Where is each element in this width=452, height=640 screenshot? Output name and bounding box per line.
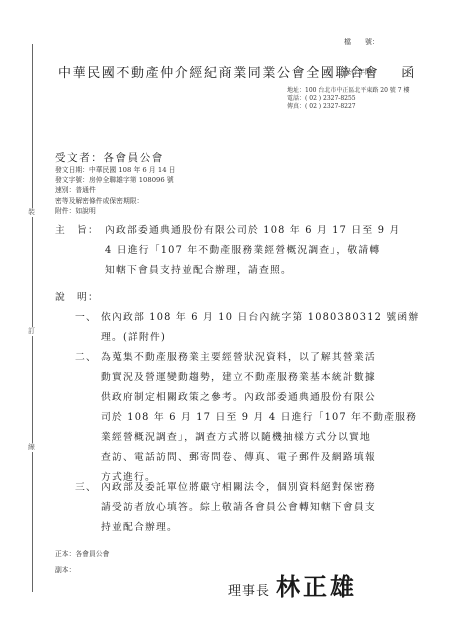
fax: 傳真：( 02 ) 2327-8227 (287, 103, 409, 111)
document-info: 發文日期：中華民國 108 年 6 月 14 日 發文字號：房仲全聯雄字第 10… (55, 165, 175, 216)
binding-mark-ding: 訂 (28, 327, 35, 336)
item-line: 供政府制定相關政策之參考。內政部委通典通股份有限公 (101, 388, 417, 408)
item-line: 司於 108 年 6 月 17 日至 9 月 4 日進行「107 年不動產服務 (101, 408, 417, 428)
contact-block: 地址：100 台北市中正區北平東路 20 號 7 樓 電話：( 02 ) 232… (287, 87, 409, 111)
item-line: 依內政部 108 年 6 月 10 日台內統字第 1080380312 號函辦 (101, 308, 419, 328)
explanation-label: 說 明： (55, 288, 99, 308)
copy-recipients: 副本： (55, 562, 109, 578)
subject-line: 4 日進行「107 年不動產服務業經營概況調查」，敬請轉 (105, 241, 401, 261)
item-marker: 二、 (75, 348, 97, 368)
item-line: 為蒐集不動產服務業主要經營狀況資料，以了解其營業活 (101, 348, 417, 368)
item-line: 動實況及營運變動趨勢，建立不動產服務業基本統計數據 (101, 368, 417, 388)
explanation-item-2: 為蒐集不動產服務業主要經營狀況資料，以了解其營業活 動實況及營運變動趨勢，建立不… (101, 348, 417, 488)
subject-text: 內政部委通典通股份有限公司於 108 年 6 月 17 日至 9 月 4 日進行… (105, 221, 401, 281)
priority: 速別：普通件 (55, 185, 175, 195)
recipient: 受文者：各會員公會 (55, 150, 164, 165)
file-number-label: 檔 號： (344, 37, 379, 47)
letterhead-title: 中華民國不動產仲介經紀商業同業公會全國聯合會函 (58, 62, 416, 81)
item-line: 持並配合辦理。 (101, 518, 376, 538)
binding-mark-zhuang: 裝 (28, 208, 35, 217)
signature-block: 理事長林正雄 (228, 567, 357, 602)
attachments: 附件：如說明 (55, 206, 175, 216)
classification: 密等及解密條件或保密期限： (55, 196, 175, 206)
subject-line: 內政部委通典通股份有限公司於 108 年 6 月 17 日至 9 月 (105, 221, 401, 241)
item-line: 查訪、電話訪問、郵寄問卷、傳真、電子郵件及網路填報 (101, 448, 417, 468)
address: 地址：100 台北市中正區北平東路 20 號 7 樓 (287, 87, 409, 95)
original-recipients: 正本：各會員公會 (55, 546, 109, 562)
signatory-name: 林正雄 (276, 573, 357, 601)
explanation-item-3: 內政部及委託單位將嚴守相關法令，個別資料絕對保密務 請受訪者放心填答。綜上敬請各… (101, 478, 376, 538)
binding-mark-xian: 線 (28, 443, 35, 452)
item-marker: 三、 (75, 478, 97, 498)
copies-block: 正本：各會員公會 副本： (55, 546, 109, 578)
document-number: 發文字號：房仲全聯雄字第 108096 號 (55, 175, 175, 185)
signatory-title: 理事長 (228, 584, 270, 599)
document-type: 函 (401, 66, 416, 81)
organization-name: 中華民國不動產仲介經紀商業同業公會全國聯合會 (58, 66, 379, 81)
item-line: 理。(詳附件) (101, 328, 419, 348)
subject-label: 主 旨： (55, 221, 99, 241)
explanation-item-1: 依內政部 108 年 6 月 10 日台內統字第 1080380312 號函辦 … (101, 308, 419, 348)
binding-line (32, 44, 33, 592)
item-line: 業經營概況調查」，調查方式將以隨機抽樣方式分以實地 (101, 428, 417, 448)
subject-line: 知轄下會員支持並配合辦理，請查照。 (105, 261, 401, 281)
item-line: 內政部及委託單位將嚴守相關法令，個別資料絕對保密務 (101, 478, 376, 498)
issue-date: 發文日期：中華民國 108 年 6 月 14 日 (55, 165, 175, 175)
phone: 電話：( 02 ) 2327-8255 (287, 95, 409, 103)
item-line: 請受訪者放心填答。綜上敬請各會員公會轉知轄下會員支 (101, 498, 376, 518)
item-marker: 一、 (75, 308, 97, 328)
